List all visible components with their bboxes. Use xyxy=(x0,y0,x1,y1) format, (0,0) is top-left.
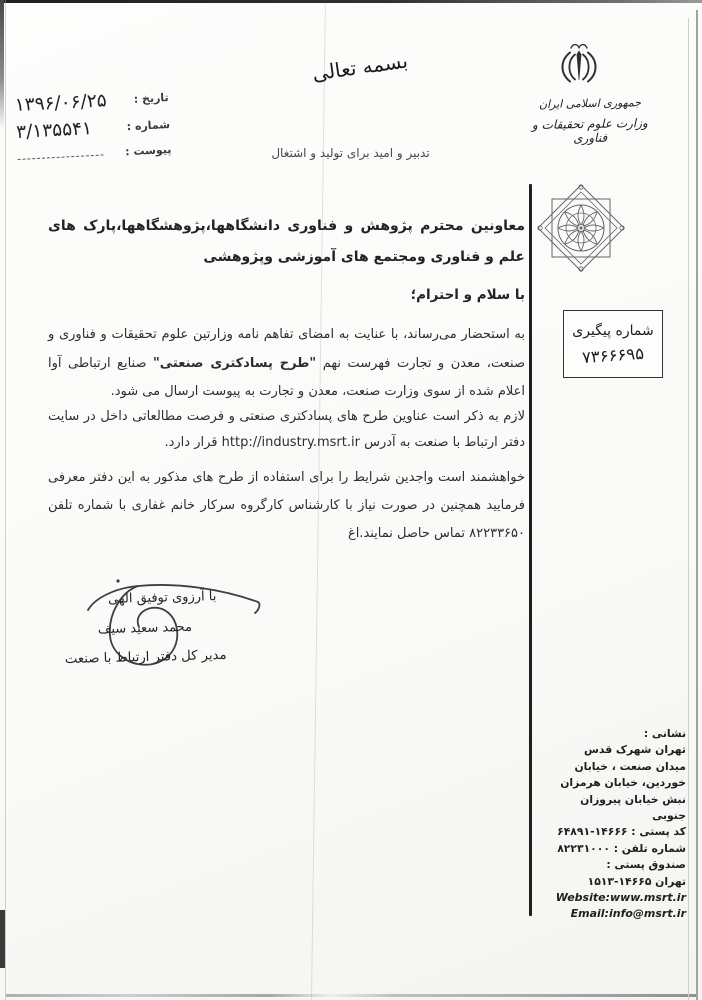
attachment-blank-dashes xyxy=(18,154,104,159)
paragraph-1: به استحضار می‌رساند، با عنایت به امضای ت… xyxy=(48,321,525,407)
handwritten-signature-icon xyxy=(55,556,265,686)
tracking-label: شماره پیگیری xyxy=(572,323,653,339)
address-line: خوردین، خیابان هرمزان xyxy=(544,775,686,791)
scan-right-edge-line xyxy=(696,10,698,1000)
address-label: نشانی : xyxy=(544,726,686,742)
address-line: نبش خیابان پیروزان جنوبی xyxy=(544,792,686,825)
letter-number-label: شماره : xyxy=(126,118,170,133)
country-name: جمهوری اسلامی ایران xyxy=(526,96,654,111)
tracking-number: ۷۳۶۶۶۹۵ xyxy=(581,344,644,367)
bismillah-calligraphy: بسمه تعالی xyxy=(304,47,416,86)
po-box-line: تهران ۱۴۶۶۵-۱۵۱۳ xyxy=(544,874,686,890)
paragraph-3: خواهشمند است واجدین شرایط را برای استفاد… xyxy=(48,464,525,548)
salutation: با سلام و احترام؛ xyxy=(48,287,525,303)
addressee-heading: معاونین محترم پژوهش و فناوری دانشگاهها،پ… xyxy=(48,211,525,273)
iran-emblem-icon xyxy=(556,40,602,90)
letter-number-value: ۳/۱۳۵۵۴۱ xyxy=(16,118,93,143)
tracking-number-box: شماره پیگیری ۷۳۶۶۶۹۵ xyxy=(563,310,663,378)
address-line: میدان صنعت ، خیابان xyxy=(544,759,686,775)
paragraph-2: لازم به ذکر است عناوین طرح های پسادکتری … xyxy=(48,404,525,456)
scan-top-edge-line xyxy=(0,0,702,3)
year-slogan: تدبیر و امید برای تولید و اشتغال xyxy=(248,146,453,160)
scan-left-edge-shadow xyxy=(0,0,4,130)
attachment-label: پیوست : xyxy=(125,142,172,157)
date-value: ۱۳۹۶/۰۶/۲۵ xyxy=(14,90,107,116)
scan-left-edge-line xyxy=(5,0,6,1000)
address-line: تهران شهرک قدس xyxy=(544,742,686,758)
scan-right-inner-line xyxy=(688,18,689,1000)
paragraph-1-bold-project-title: "طرح پسادکتری صنعتی" xyxy=(153,356,316,371)
scan-bottom-edge-line xyxy=(6,994,696,997)
postal-code-line: کد پستی : ۱۴۶۶۶-۶۴۸۹۱ xyxy=(544,824,686,840)
ministry-name: وزارت علوم تحقیقات و فناوری xyxy=(517,116,663,147)
phone-line: شماره تلفن : ۸۲۲۳۱۰۰۰ xyxy=(544,841,686,857)
margin-divider-rule xyxy=(529,184,532,916)
scan-left-ink-blob xyxy=(0,910,5,968)
date-label: تاریخ : xyxy=(133,91,169,106)
email-line: Email:info@msrt.ir xyxy=(544,906,686,922)
letter-meta-block: تاریخ : ۱۳۹۶/۰۶/۲۵ شماره : ۳/۱۳۵۵۴۱ پیوس… xyxy=(14,84,172,168)
address-block: نشانی : تهران شهرک قدس میدان صنعت ، خیاب… xyxy=(544,726,686,923)
ornamental-seal-icon xyxy=(536,182,626,274)
scanned-letter-page: تاریخ : ۱۳۹۶/۰۶/۲۵ شماره : ۳/۱۳۵۵۴۱ پیوس… xyxy=(0,0,702,1000)
website-line: Website:www.msrt.ir xyxy=(544,890,686,906)
po-box-label: صندوق پستی : xyxy=(544,857,686,873)
